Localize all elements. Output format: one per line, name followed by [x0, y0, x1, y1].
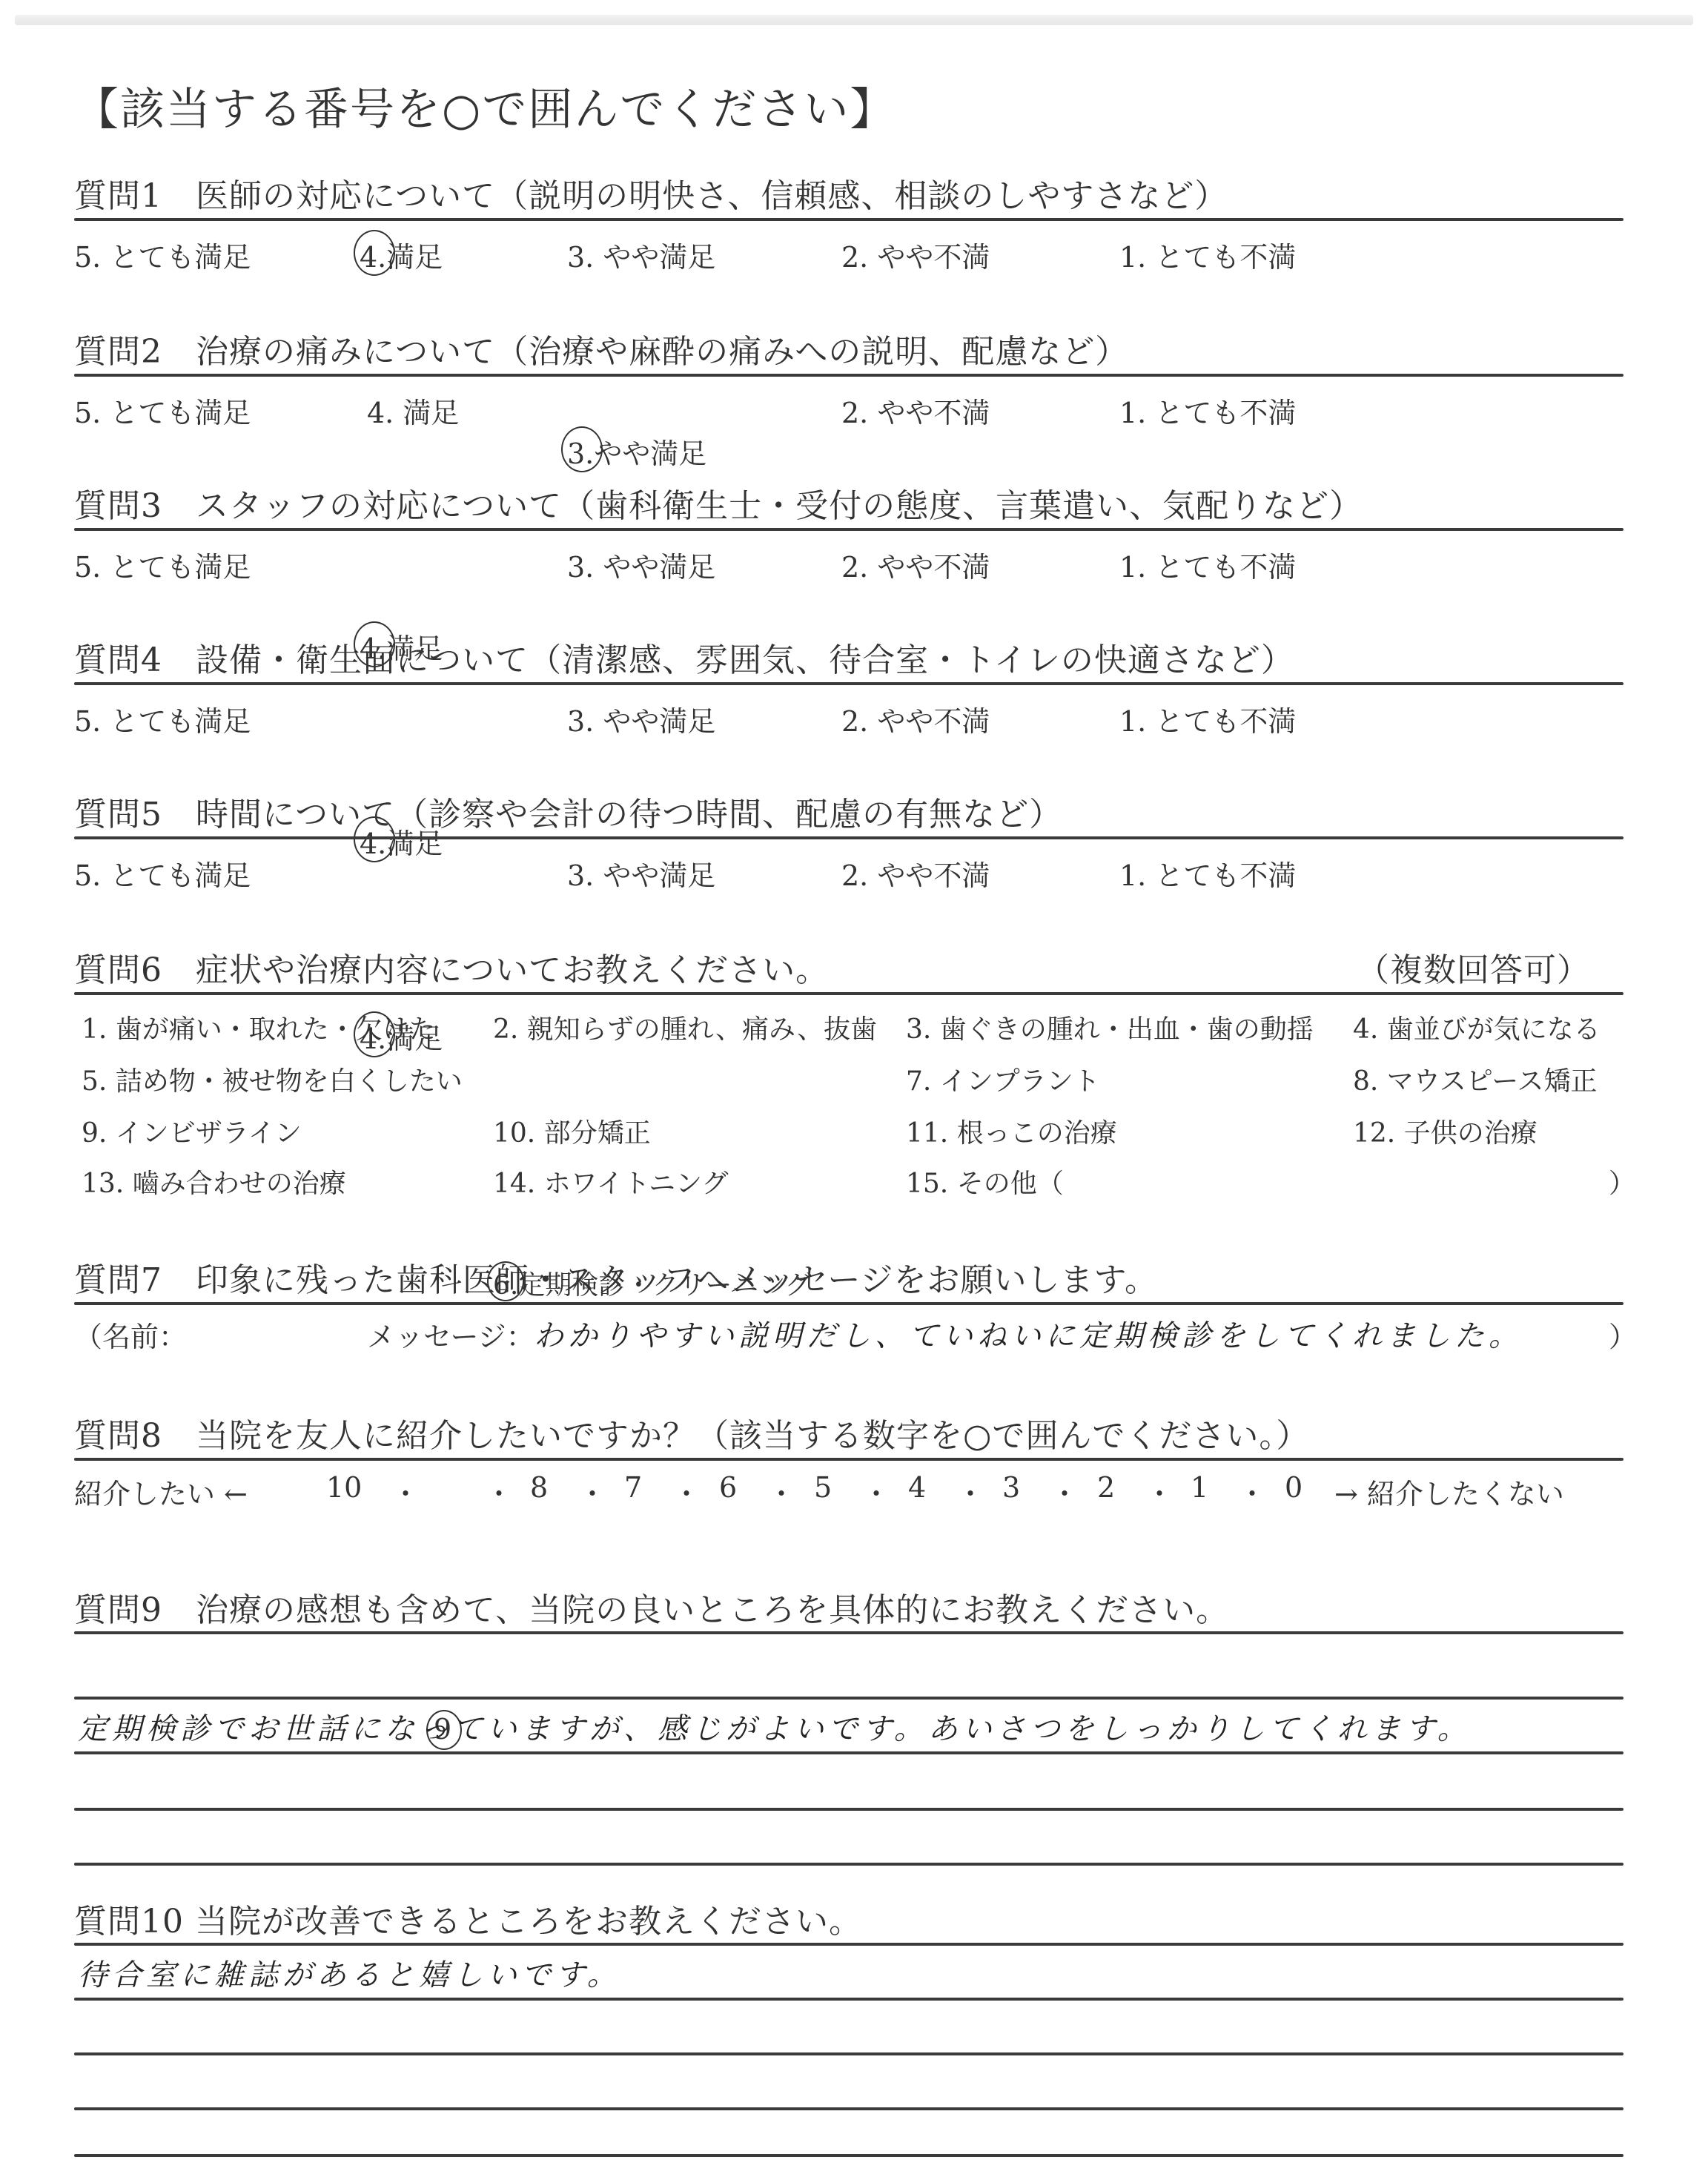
- scale-3[interactable]: 3: [1002, 1471, 1020, 1504]
- writing-line: [74, 2107, 1623, 2110]
- scale-separator: ・: [672, 1471, 701, 1512]
- question-1-heading: 質問1 医師の対応について（説明の明快さ、信頼感、相談のしやすさなど）: [74, 169, 1228, 217]
- divider: [74, 218, 1623, 221]
- divider: [74, 1302, 1623, 1305]
- writing-line: [74, 2154, 1623, 2157]
- scale-separator: ・: [956, 1471, 984, 1512]
- writing-line: [74, 1697, 1623, 1700]
- writing-line: [74, 1998, 1623, 2001]
- q6-item-1[interactable]: 1. 歯が痛い・取れた・欠けた: [82, 1008, 436, 1046]
- q2-option-1[interactable]: 1. とても不満: [1119, 390, 1296, 431]
- question-6-heading: 質問6 症状や治療内容についてお教えください。: [74, 943, 829, 991]
- q4-option-2[interactable]: 2. やや不満: [841, 698, 990, 739]
- q5-option-2[interactable]: 2. やや不満: [841, 853, 990, 894]
- question-10-heading: 質問10 当院が改善できるところをお教えください。: [74, 1895, 862, 1942]
- divider: [74, 374, 1623, 377]
- scale-8[interactable]: 8: [530, 1471, 548, 1504]
- q6-item-5[interactable]: 5. 詰め物・被せ物を白くしたい: [82, 1060, 463, 1098]
- q5-option-1[interactable]: 1. とても不満: [1119, 853, 1296, 894]
- writing-line: [74, 1943, 1623, 1946]
- scale-2[interactable]: 2: [1097, 1471, 1115, 1504]
- option-label: やや満足: [594, 437, 706, 470]
- q1-option-2[interactable]: 2. やや不満: [841, 234, 990, 275]
- message-handwritten-answer[interactable]: わかりやすい説明だし、ていねいに定期検診をしてくれました。: [534, 1312, 1523, 1355]
- scale-separator: ・: [1145, 1471, 1174, 1512]
- option-label: 満足: [386, 241, 443, 274]
- scale-5[interactable]: 5: [814, 1471, 832, 1504]
- q1-option-1[interactable]: 1. とても不満: [1119, 234, 1296, 275]
- q2-option-2[interactable]: 2. やや不満: [841, 390, 990, 431]
- scale-separator: ・: [1050, 1471, 1079, 1512]
- q1-option-5[interactable]: 5. とても満足: [74, 234, 251, 275]
- question-8-heading: 質問8 当院を友人に紹介したいですか？（該当する数字を○で囲んでください。）: [74, 1409, 1309, 1456]
- message-label: メッセージ：: [367, 1314, 534, 1355]
- scale-6[interactable]: 6: [719, 1471, 737, 1504]
- q6-item-9[interactable]: 9. インビザライン: [82, 1112, 302, 1150]
- q6-item-11[interactable]: 11. 根っこの治療: [906, 1112, 1117, 1150]
- question-5-heading: 質問5 時間について（診察や会計の待つ時間、配慮の有無など）: [74, 787, 1062, 835]
- q3-option-2[interactable]: 2. やや不満: [841, 544, 990, 585]
- scale-1[interactable]: 1: [1191, 1471, 1208, 1504]
- q2-option-4[interactable]: 4. 満足: [367, 390, 459, 431]
- q1-option-4-selected[interactable]: 4.満足: [360, 234, 1708, 275]
- divider: [74, 528, 1623, 531]
- divider: [74, 682, 1623, 685]
- name-label: （名前：: [74, 1314, 187, 1355]
- writing-line: [74, 1863, 1623, 1866]
- q1-option-3[interactable]: 3. やや満足: [567, 234, 715, 275]
- scale-separator: ・: [1238, 1471, 1266, 1512]
- selection-circle-icon: [561, 426, 603, 472]
- q6-item-13[interactable]: 13. 嚙み合わせの治療: [82, 1163, 346, 1200]
- question-2-heading: 質問2 治療の痛みについて（治療や麻酔の痛みへの説明、配慮など）: [74, 325, 1128, 372]
- scale-0[interactable]: 0: [1285, 1471, 1302, 1504]
- divider: [74, 992, 1623, 995]
- page-title: 【該当する番号を○で囲んでください】: [74, 74, 896, 138]
- recommend-left-label: 紹介したい ←: [74, 1471, 248, 1512]
- message-close-paren: ）: [1609, 1314, 1637, 1355]
- q6-item-15[interactable]: 15. その他（: [906, 1163, 1064, 1200]
- q6-item-10[interactable]: 10. 部分矯正: [493, 1112, 651, 1150]
- q3-option-1[interactable]: 1. とても不満: [1119, 544, 1296, 585]
- q6-item-12[interactable]: 12. 子供の治療: [1353, 1112, 1537, 1150]
- q10-handwritten-answer[interactable]: 待合室に雑誌があると嬉しいです。: [78, 1952, 621, 1994]
- q6-item-2[interactable]: 2. 親知らずの腫れ、痛み、抜歯: [493, 1008, 877, 1046]
- writing-line: [74, 1751, 1623, 1754]
- question-9-heading: 質問9 治療の感想も含めて、当院の良いところを具体的にお教えください。: [74, 1583, 1229, 1631]
- divider: [74, 1458, 1623, 1461]
- question-4-heading: 質問4 設備・衛生面について（清潔感、雰囲気、待合室・トイレの快適さなど）: [74, 633, 1294, 681]
- scale-separator: ・: [391, 1471, 420, 1512]
- q6-item-3[interactable]: 3. 歯ぐきの腫れ・出血・歯の動揺: [906, 1008, 1314, 1046]
- q5-option-3[interactable]: 3. やや満足: [567, 853, 715, 894]
- writing-line: [74, 1808, 1623, 1811]
- q3-option-5[interactable]: 5. とても満足: [74, 544, 251, 585]
- scale-7[interactable]: 7: [624, 1471, 642, 1504]
- divider: [74, 836, 1623, 839]
- scale-10[interactable]: 10: [326, 1471, 362, 1504]
- selection-circle-icon: [354, 230, 395, 276]
- scale-separator: ・: [767, 1471, 795, 1512]
- q4-option-3[interactable]: 3. やや満足: [567, 698, 715, 739]
- scale-separator: ・: [578, 1471, 606, 1512]
- question-7-heading: 質問7 印象に残った歯科医師・スタッフへメッセージをお願いします。: [74, 1253, 1158, 1301]
- q2-option-3-selected[interactable]: 3.やや満足: [567, 431, 1708, 472]
- q4-option-1[interactable]: 1. とても不満: [1119, 698, 1296, 739]
- q6-item-7[interactable]: 7. インプラント: [906, 1060, 1100, 1098]
- q4-option-5[interactable]: 5. とても満足: [74, 698, 251, 739]
- q6-item-8[interactable]: 8. マウスピース矯正: [1353, 1060, 1597, 1098]
- question-3-heading: 質問3 スタッフの対応について（歯科衛生士・受付の態度、言葉遣い、気配りなど）: [74, 479, 1363, 526]
- q6-other-close-paren: ）: [1609, 1163, 1635, 1200]
- writing-line: [74, 2052, 1623, 2055]
- q9-handwritten-answer[interactable]: 定期検診でお世話になっていますが、感じがよいです。あいさつをしっかりしてくれます…: [78, 1705, 1472, 1748]
- q6-item-4[interactable]: 4. 歯並びが気になる: [1353, 1008, 1601, 1046]
- q6-item-14[interactable]: 14. ホワイトニング: [493, 1163, 728, 1200]
- scale-4[interactable]: 4: [908, 1471, 926, 1504]
- scale-separator: ・: [485, 1471, 513, 1512]
- writing-line: [74, 1631, 1623, 1634]
- scan-top-edge: [15, 15, 1693, 25]
- q2-option-5[interactable]: 5. とても満足: [74, 390, 251, 431]
- q3-option-3[interactable]: 3. やや満足: [567, 544, 715, 585]
- q5-option-5[interactable]: 5. とても満足: [74, 853, 251, 894]
- scale-separator: ・: [862, 1471, 890, 1512]
- multiple-answers-note: （複数回答可）: [1357, 943, 1590, 991]
- recommend-right-label: → 紹介したくない: [1334, 1471, 1564, 1512]
